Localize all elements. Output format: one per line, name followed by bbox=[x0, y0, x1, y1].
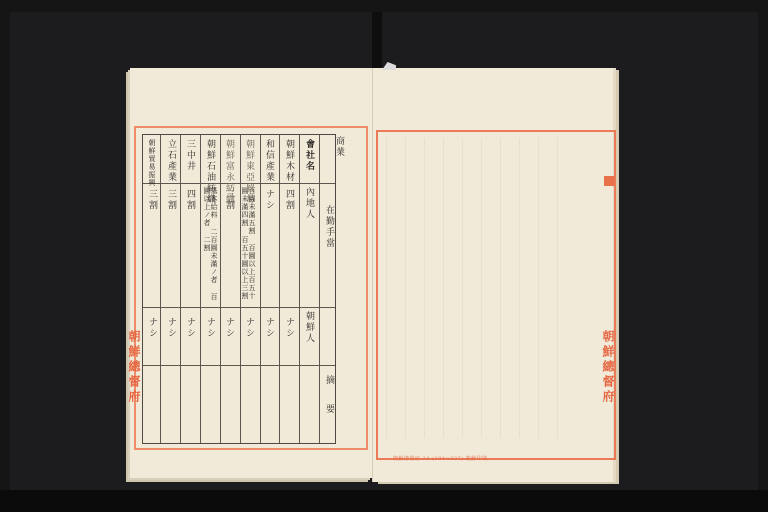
header-company-name: 會社名 bbox=[304, 139, 313, 172]
company-name: 朝鮮木材 bbox=[284, 139, 293, 183]
naichi-allowance: 三割 bbox=[166, 189, 175, 211]
company-name: 三中井 bbox=[185, 139, 194, 172]
naichi-allowance: 百圓未滿五割 百圓以上百五十圓未滿四割 百五十圓以上三割 bbox=[241, 187, 255, 305]
left-side-stamp: 朝鮮總督府 bbox=[126, 330, 143, 405]
naichi-allowance: 四割 bbox=[185, 189, 194, 211]
company-name: 立石產業 bbox=[166, 139, 175, 183]
korean-allowance: ナシ bbox=[185, 317, 194, 339]
header-korean: 朝鮮人 bbox=[304, 311, 313, 344]
printer-footer: 朝鮮總督府 24 (194×327) 朝鮮印刷 bbox=[393, 455, 488, 462]
korean-allowance: ナシ bbox=[205, 317, 214, 339]
company-name: 朝鮮貿易振興 bbox=[148, 139, 155, 187]
naichi-allowance: 基本給料 二百圓未滿ノ者 百圓以上ノ者 二割 bbox=[203, 187, 217, 305]
korean-allowance: ナシ bbox=[284, 317, 293, 339]
company-name: 和信產業 bbox=[264, 139, 273, 183]
korean-allowance: ナシ bbox=[166, 317, 175, 339]
korean-allowance: ナシ bbox=[224, 317, 233, 339]
header-remarks: 摘要 bbox=[324, 375, 333, 433]
korean-allowance: ナシ bbox=[147, 317, 156, 339]
naichi-allowance: ナシ bbox=[264, 189, 273, 211]
header-allowance: 在勤手當 bbox=[324, 205, 333, 249]
naichi-allowance: 四割 bbox=[284, 189, 293, 211]
korean-allowance: ナシ bbox=[244, 317, 253, 339]
naichi-allowance: 三割 bbox=[224, 189, 233, 211]
bottom-shadow bbox=[0, 490, 768, 512]
right-page-red-tab bbox=[604, 176, 614, 186]
header-naichi: 內地人 bbox=[304, 187, 313, 220]
allowance-table: 會社名 在勤手當 內地人 朝鮮人 摘要 朝鮮木材 四割 ナシ 和信產業 ナシ ナ… bbox=[142, 134, 336, 444]
right-side-stamp: 朝鮮總督府 bbox=[600, 330, 617, 405]
right-page-faint-grid bbox=[386, 138, 576, 438]
naichi-allowance: 三割 bbox=[147, 189, 156, 211]
korean-allowance: ナシ bbox=[264, 317, 273, 339]
